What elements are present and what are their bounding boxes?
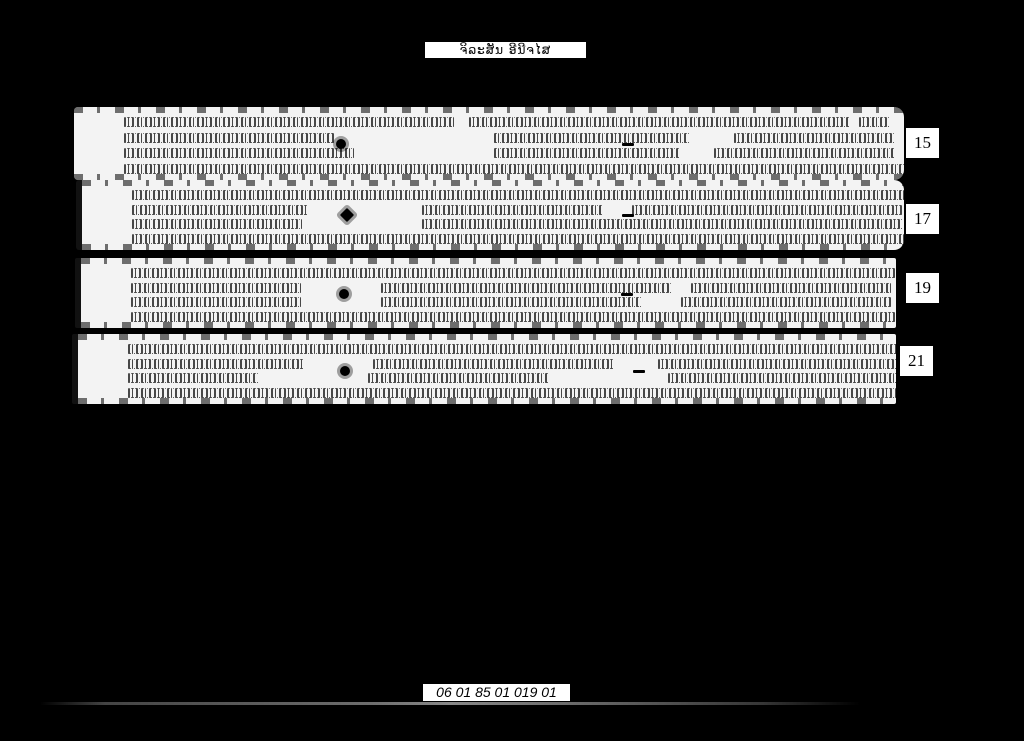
manuscript-text-lines	[128, 342, 878, 398]
binding-hole-icon	[340, 366, 350, 376]
microfilm-frame-code: 06 01 85 01 019 01	[423, 684, 572, 701]
manuscript-text-lines	[124, 115, 886, 174]
binding-mark-icon	[622, 214, 634, 217]
leaf-number-19: 19	[906, 273, 939, 303]
manuscript-text-lines	[131, 266, 878, 322]
manuscript-title-label: ຈິລະສັນ ອີນີຈໄສ	[425, 42, 586, 58]
palm-leaf-19	[75, 258, 896, 328]
film-edge-divider	[40, 702, 860, 705]
binding-mark-icon	[622, 143, 634, 146]
manuscript-text-lines	[132, 188, 886, 244]
palm-leaf-15	[74, 107, 904, 180]
binding-hole-icon	[339, 289, 349, 299]
binding-mark-icon	[633, 370, 645, 373]
binding-hole-icon	[336, 139, 346, 149]
palm-leaf-17	[76, 180, 904, 250]
leaf-number-21: 21	[900, 346, 933, 376]
leaf-number-17: 17	[906, 204, 939, 234]
palm-leaf-21	[72, 334, 896, 404]
leaf-number-15: 15	[906, 128, 939, 158]
binding-mark-icon	[621, 293, 633, 296]
